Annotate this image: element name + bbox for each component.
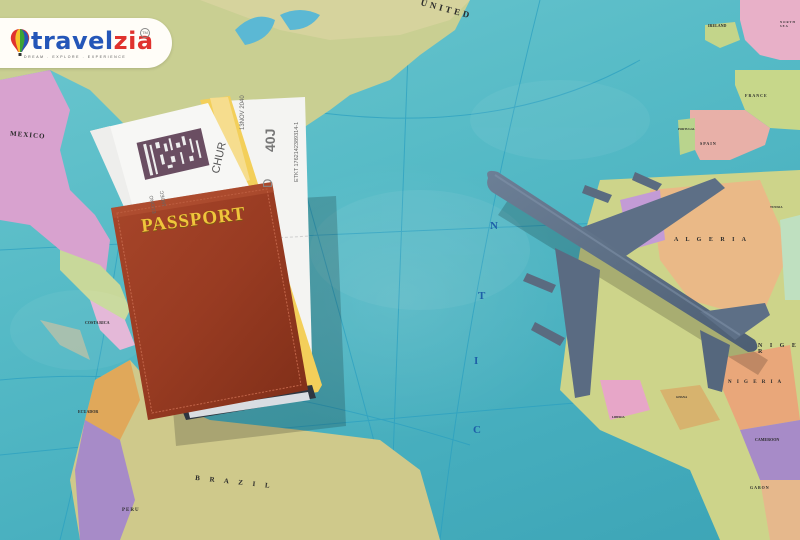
ticket-seat: 40J: [262, 129, 278, 152]
ticket-number: ETKT 1762142389314-1: [294, 122, 300, 182]
hot-air-balloon-icon: [10, 28, 30, 58]
travel-photo: UNITED MEXICO COSTA RICA ECUADOR PERU B …: [0, 0, 800, 540]
brand-name: travelzia: [31, 27, 154, 55]
brand-logo[interactable]: travelzia TM DREAM . EXPLORE . EXPERIENC…: [0, 18, 172, 68]
brand-tagline: DREAM . EXPLORE . EXPERIENCE: [24, 55, 126, 59]
ticket-gate: D: [260, 179, 275, 188]
travel-items: [0, 0, 800, 540]
ticket-date: 13NOV 2040: [240, 95, 246, 130]
trademark-icon: TM: [140, 28, 150, 38]
brand-name-part1: travel: [31, 27, 114, 55]
toy-airplane: [487, 171, 770, 398]
